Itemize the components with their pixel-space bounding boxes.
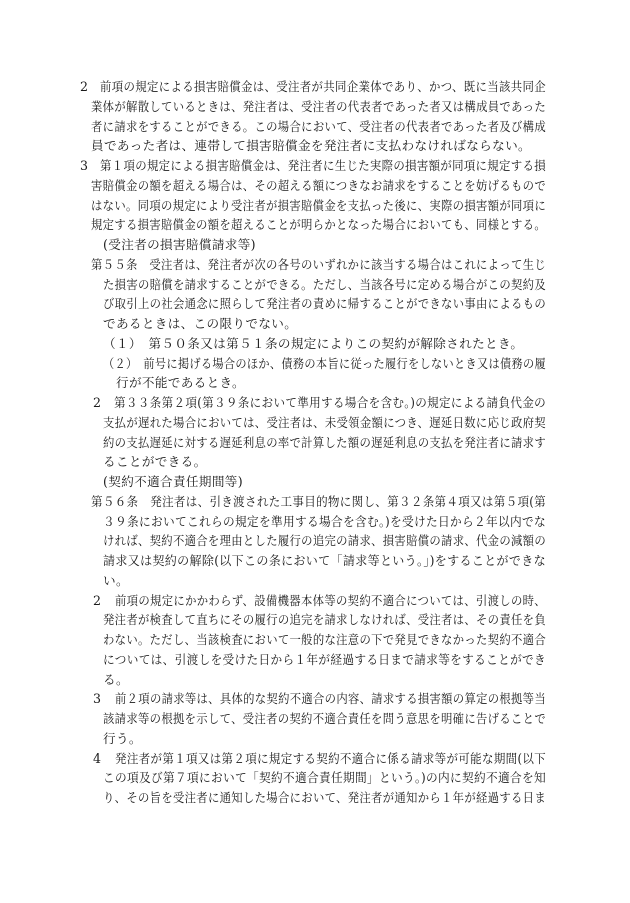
text-line: については、引渡しを受けた日から１年が経過する日まで請求等をすることができ [103,652,546,668]
text-line: 第３３条第２項(第３９条において準用する場合を含む。)の規定による請負代金の [114,395,546,411]
paragraph-number: 2 [93,593,101,609]
paragraph-number: 2 [93,395,101,411]
text-line: た損害の賠償を請求することができる。ただし、当該各号に定める場合がこの契約及 [103,277,546,293]
text-line: この項及び第７項において「契約不適合責任期間」という。)の内に契約不適合を知 [103,770,546,786]
text-line: 第５５条 受注者は、発注者が次の各号のいずれかに該当する場合はこれによって生じ [91,257,546,273]
text-line: 規定する損害賠償金の額を超えることが明らかとなった場合においても、同様とする。 [91,217,546,233]
text-line: 約の支払遅延に対する遅延利息の率で計算した額の遅延利息の支払を発注者に請求す [103,435,546,451]
text-line: い。 [103,573,129,589]
text-line: 者に請求をすることができる。この場合において、受注者の代表者であった者及び構成 [91,119,546,135]
text-line: 発注者が第１項又は第２項に規定する契約不適合に係る請求等が可能な期間(以下 [115,751,546,767]
text-line: 前項の規定による損害賠償金は、受注者が共同企業体であり、かつ、既に当該共同企 [100,79,546,95]
text-line: ることができる。 [103,454,207,470]
text-line: 該請求等の根拠を示して、受注者の契約不適合責任を問う意思を明確に告げることで [103,711,546,727]
text-line: 第１項の規定による損害賠償金は、発注者に生じた実際の損害額が同項に規定する損 [100,158,546,174]
text-line: 第５６条 発注者は、引き渡された工事目的物に関し、第３２条第４項又は第５項(第 [91,494,546,510]
paragraph-number: 3 [93,691,101,707]
text-line: (契約不適合責任期間等) [103,474,243,490]
paragraph-number: 3 [80,158,88,174]
text-line: 行が不能であるとき。 [116,375,245,391]
text-line: び取引上の社会通念に照らして発注者の責めに帰することができない事由によるもの [103,296,546,312]
text-line: 発注者が検査して直ちにその履行の追完を請求しなければ、受注者は、その責任を負 [103,612,546,628]
text-line: はない。同項の規定により受注者が損害賠償金を支払った後に、実際の損害額が同項に [91,198,546,214]
document-page: 2前項の規定による損害賠償金は、受注者が共同企業体であり、かつ、既に当該共同企業… [0,0,630,903]
text-line: （２） 前号に掲げる場合のほか、債務の本旨に従った履行をしないとき又は債務の履 [103,356,546,372]
text-line: (受注者の損害賠償請求等) [103,237,256,253]
paragraph-number: 4 [93,751,101,767]
text-line: 請求又は契約の解除(以下この条において「請求等という。」)をすることができな [103,553,546,569]
text-line: （１） 第５０条又は第５１条の規定によりこの契約が解除されたとき。 [103,336,523,352]
text-line: 前２項の請求等は、具体的な契約不適合の内容、請求する損害額の算定の根拠等当 [115,691,546,707]
text-line: ければ、契約不適合を理由とした履行の追完の請求、損害賠償の請求、代金の減額の [103,533,546,549]
text-line: 行う。 [103,731,142,747]
text-line: る。 [103,672,129,688]
paragraph-number: 2 [80,79,88,95]
text-line: 前項の規定にかかわらず、設備機器本体等の契約不適合については、引渡しの時、 [115,593,546,609]
text-line: り、その旨を受注者に通知した場合において、発注者が通知から１年が経過する日ま [103,790,546,806]
text-line: ３９条においてこれらの規定を準用する場合を含む。)を受けた日から２年以内でな [103,514,546,530]
text-line: であるときは、この限りでない。 [103,316,297,332]
text-line: 支払が遅れた場合においては、受注者は、未受領金額につき、遅延日数に応じ政府契 [103,415,546,431]
text-line: 業体が解散しているときは、発注者は、受注者の代表者であった者又は構成員であった [91,99,546,115]
text-line: わない。ただし、当該検査において一般的な注意の下で発見できなかった契約不適合 [103,632,546,648]
text-line: 員であった者は、連帯して損害賠償金を発注者に支払わなければならない。 [91,138,531,154]
text-line: 害賠償金の額を超える場合は、その超える額につきなお請求をすることを妨げるもので [91,178,546,194]
